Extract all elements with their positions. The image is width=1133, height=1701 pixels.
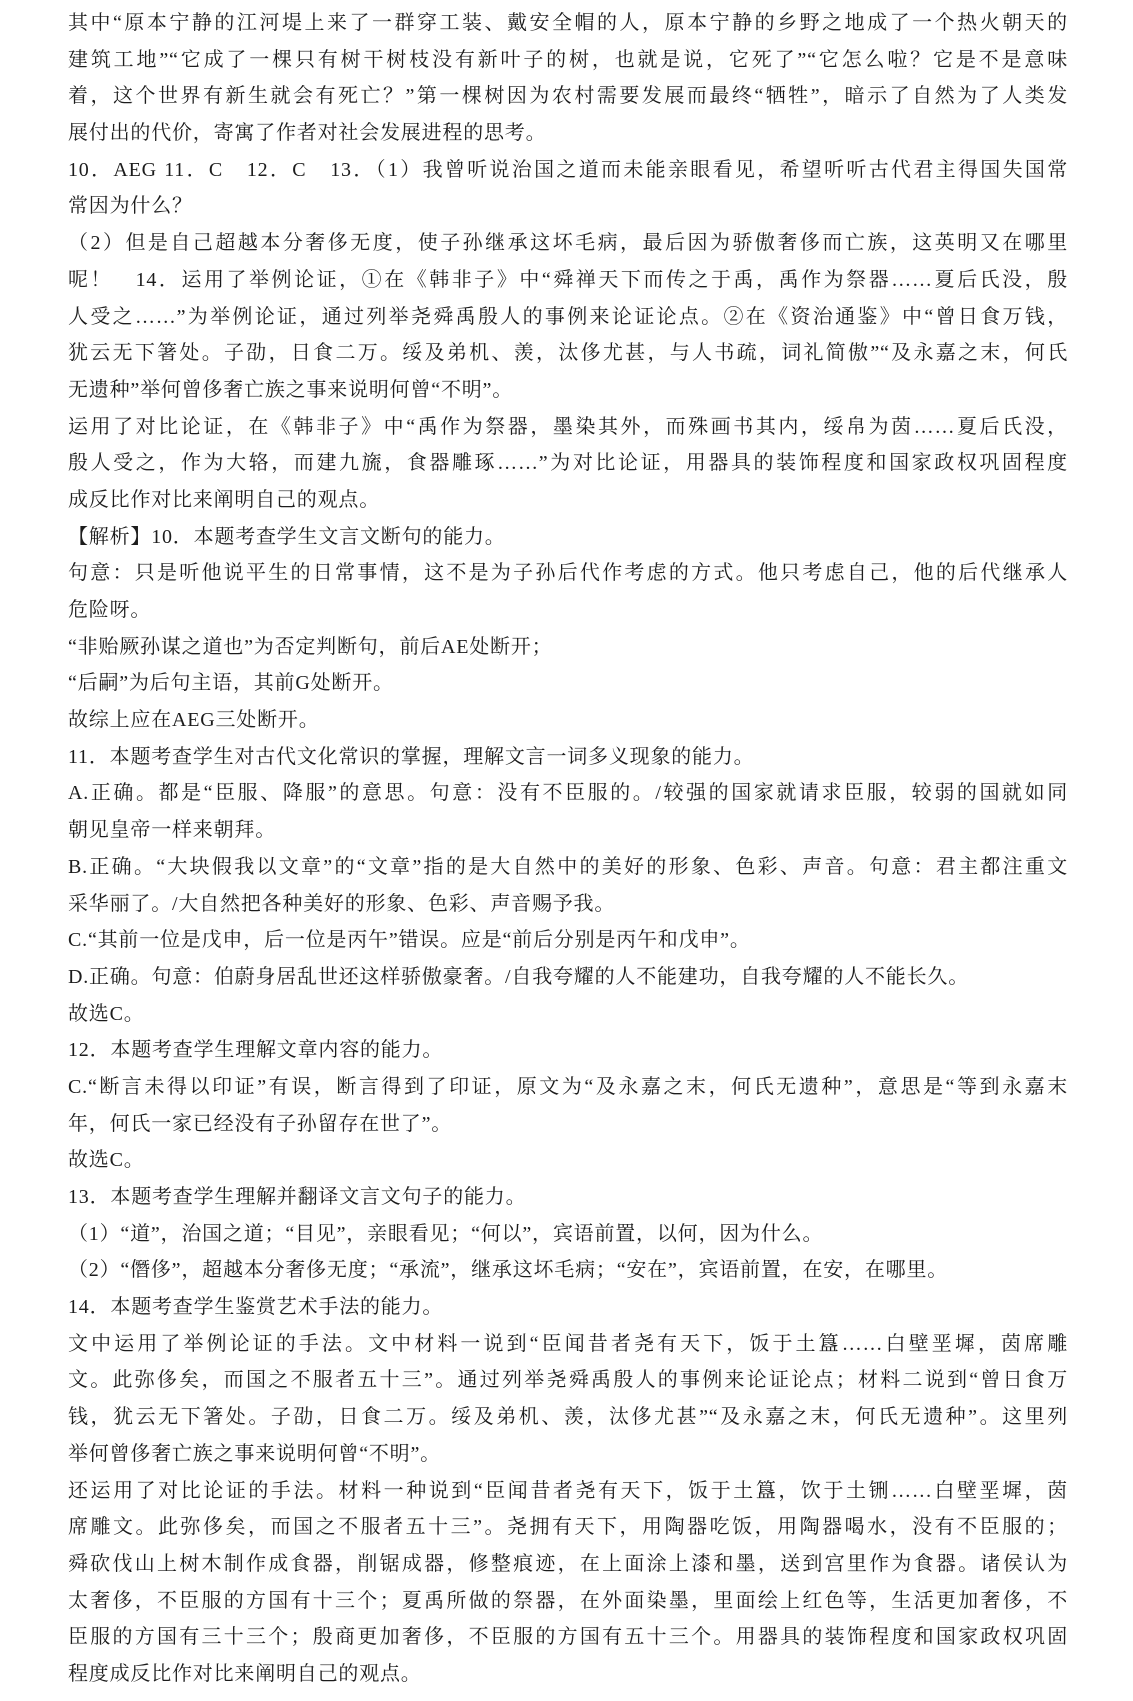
text-line: 其中“原本宁静的江河堤上来了一群穿工装、戴安全帽的人，原本宁静的乡野之地成了一个… <box>68 5 1068 42</box>
text-line: 举何曾侈奢亡族之事来说明何曾“不明”。 <box>68 1436 1068 1473</box>
text-line: 常因为什么？ <box>68 188 1068 225</box>
text-line: C.“断言未得以印证”有误，断言得到了印证，原文为“及永嘉之末，何氏无遗种”，意… <box>68 1069 1068 1106</box>
text-line: 句意：只是听他说平生的日常事情，这不是为子孙后代作考虑的方式。他只考虑自己，他的… <box>68 555 1068 592</box>
document-page: 其中“原本宁静的江河堤上来了一群穿工装、戴安全帽的人，原本宁静的乡野之地成了一个… <box>0 0 1133 1701</box>
text-line: 展付出的代价，寄寓了作者对社会发展进程的思考。 <box>68 115 1068 152</box>
text-line: 运用了对比论证，在《韩非子》中“禹作为祭器，墨染其外，而殊画书其内，绥帛为茵……… <box>68 409 1068 446</box>
text-line: 臣服的方国有三十三个；殷商更加奢侈，不臣服的方国有五十三个。用器具的装饰程度和国… <box>68 1619 1068 1656</box>
text-line: 故选C。 <box>68 996 1068 1033</box>
text-line: 【解析】10．本题考查学生文言文断句的能力。 <box>68 519 1068 556</box>
text-line: 建筑工地”“它成了一棵只有树干树枝没有新叶子的树，也就是说，它死了”“它怎么啦？… <box>68 42 1068 79</box>
text-line: 殷人受之，作为大辂，而建九旒，食器雕琢……”为对比论证，用器具的装饰程度和国家政… <box>68 445 1068 482</box>
text-line: A.正确。都是“臣服、降服”的意思。句意：没有不臣服的。/较强的国家就请求臣服，… <box>68 775 1068 812</box>
text-line: 成反比作对比来阐明自己的观点。 <box>68 482 1068 519</box>
text-line: 文。此弥侈矣，而国之不服者五十三”。通过列举尧舜禹殷人的事例来论证论点；材料二说… <box>68 1362 1068 1399</box>
text-line: 10．AEG 11．C 12．C 13．（1）我曾听说治国之道而未能亲眼看见，希… <box>68 152 1068 189</box>
text-line: 太奢侈，不臣服的方国有十三个；夏禹所做的祭器，在外面染墨，里面绘上红色等，生活更… <box>68 1583 1068 1620</box>
answer-key-text: 其中“原本宁静的江河堤上来了一群穿工装、戴安全帽的人，原本宁静的乡野之地成了一个… <box>68 5 1068 1693</box>
text-line: “后嗣”为后句主语，其前G处断开。 <box>68 665 1068 702</box>
text-line: 席雕文。此弥侈矣，而国之不服者五十三”。尧拥有天下，用陶器吃饭，用陶器喝水，没有… <box>68 1509 1068 1546</box>
text-line: 呢！ 14．运用了举例论证，①在《韩非子》中“舜禅天下而传之于禹，禹作为祭器……… <box>68 262 1068 299</box>
text-line: 13．本题考查学生理解并翻译文言文句子的能力。 <box>68 1179 1068 1216</box>
text-line: “非贻厥孙谋之道也”为否定判断句，前后AE处断开； <box>68 629 1068 666</box>
text-line: 无遗种”举何曾侈奢亡族之事来说明何曾“不明”。 <box>68 372 1068 409</box>
text-line: 还运用了对比论证的手法。材料一种说到“臣闻昔者尧有天下，饭于土簋，饮于土铏……白… <box>68 1473 1068 1510</box>
text-line: （1）“道”，治国之道；“目见”，亲眼看见；“何以”，宾语前置，以何，因为什么。 <box>68 1216 1068 1253</box>
text-line: B.正确。“大块假我以文章”的“文章”指的是大自然中的美好的形象、色彩、声音。句… <box>68 849 1068 886</box>
text-line: C.“其前一位是戊申，后一位是丙午”错误。应是“前后分别是丙午和戊申”。 <box>68 922 1068 959</box>
text-line: 采华丽了。/大自然把各种美好的形象、色彩、声音赐予我。 <box>68 886 1068 923</box>
text-line: 犹云无下箸处。子劭，日食二万。绥及弟机、羡，汰侈尤甚，与人书疏，词礼简傲”“及永… <box>68 335 1068 372</box>
text-line: 着，这个世界有新生就会有死亡？”第一棵树因为农村需要发展而最终“牺牲”，暗示了自… <box>68 78 1068 115</box>
text-line: 11．本题考查学生对古代文化常识的掌握，理解文言一词多义现象的能力。 <box>68 739 1068 776</box>
text-line: 钱，犹云无下箸处。子劭，日食二万。绥及弟机、羡，汰侈尤甚”“及永嘉之末，何氏无遗… <box>68 1399 1068 1436</box>
text-line: 年，何氏一家已经没有子孙留存在世了”。 <box>68 1106 1068 1143</box>
text-line: 14．本题考查学生鉴赏艺术手法的能力。 <box>68 1289 1068 1326</box>
text-line: 程度成反比作对比来阐明自己的观点。 <box>68 1656 1068 1693</box>
text-line: （2）“僭侈”，超越本分奢侈无度；“承流”，继承这坏毛病；“安在”，宾语前置，在… <box>68 1252 1068 1289</box>
text-line: 人受之……”为举例论证，通过列举尧舜禹殷人的事例来论证论点。②在《资治通鉴》中“… <box>68 299 1068 336</box>
text-line: 故选C。 <box>68 1142 1068 1179</box>
text-line: 12．本题考查学生理解文章内容的能力。 <box>68 1032 1068 1069</box>
text-line: 危险呀。 <box>68 592 1068 629</box>
text-line: （2）但是自己超越本分奢侈无度，使子孙继承这坏毛病，最后因为骄傲奢侈而亡族，这英… <box>68 225 1068 262</box>
text-line: 文中运用了举例论证的手法。文中材料一说到“臣闻昔者尧有天下，饭于土簋……白壁垩墀… <box>68 1326 1068 1363</box>
text-line: 朝见皇帝一样来朝拜。 <box>68 812 1068 849</box>
text-line: D.正确。句意：伯蔚身居乱世还这样骄傲豪奢。/自我夸耀的人不能建功，自我夸耀的人… <box>68 959 1068 996</box>
text-line: 故综上应在AEG三处断开。 <box>68 702 1068 739</box>
text-line: 舜砍伐山上树木制作成食器，削锯成器，修整痕迹，在上面涂上漆和墨，送到宫里作为食器… <box>68 1546 1068 1583</box>
